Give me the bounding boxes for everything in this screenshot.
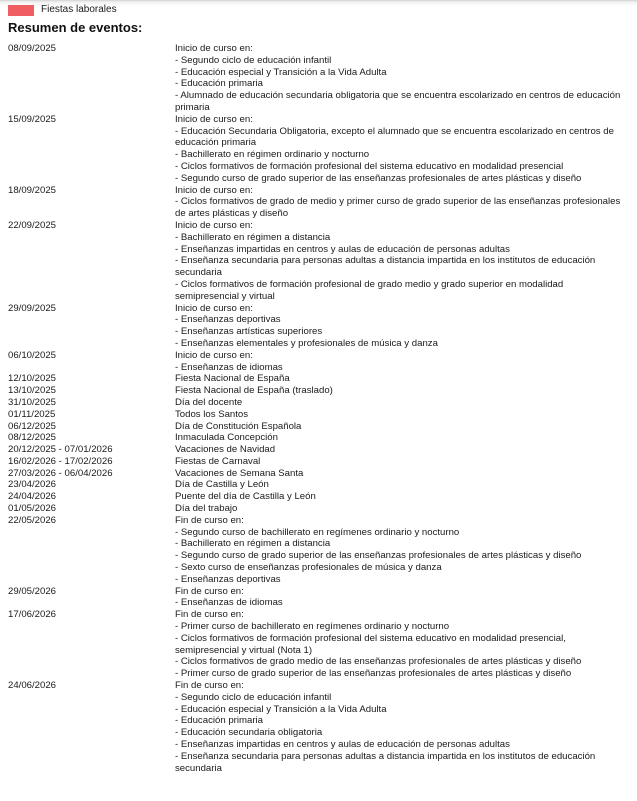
event-description: Inicio de curso en:- Segundo ciclo de ed… [175, 43, 622, 114]
event-heading: Todos los Santos [175, 409, 622, 421]
event-description: Todos los Santos [175, 409, 622, 421]
event-heading: Inicio de curso en: [175, 43, 622, 55]
event-heading: Día de Constitución Española [175, 421, 622, 433]
event-date: 20/12/2025 - 07/01/2026 [8, 444, 175, 456]
event-date: 01/11/2025 [8, 409, 175, 421]
event-heading: Fin de curso en: [175, 515, 622, 527]
event-description: Fiesta Nacional de España [175, 373, 622, 385]
event-row: 01/11/2025Todos los Santos [8, 409, 630, 421]
event-heading: Día del docente [175, 397, 622, 409]
event-description: Día del docente [175, 397, 622, 409]
event-date: 15/09/2025 [8, 114, 175, 185]
event-detail-line: - Segundo curso de bachillerato en regím… [175, 527, 622, 539]
event-detail-line: - Enseñanzas deportivas [175, 574, 622, 586]
event-detail-line: - Ciclos formativos de formación profesi… [175, 161, 622, 173]
event-date: 29/05/2026 [8, 586, 175, 610]
event-description: Fiesta Nacional de España (traslado) [175, 385, 622, 397]
event-date: 06/10/2025 [8, 350, 175, 374]
event-date: 31/10/2025 [8, 397, 175, 409]
event-detail-line: - Segundo curso de grado superior de las… [175, 173, 622, 185]
event-heading: Inicio de curso en: [175, 220, 622, 232]
event-detail-line: - Enseñanzas deportivas [175, 314, 622, 326]
event-description: Día de Constitución Española [175, 421, 622, 433]
event-row: 24/04/2026Puente del día de Castilla y L… [8, 491, 630, 503]
event-detail-line: - Enseñanzas impartidas en centros y aul… [175, 244, 622, 256]
event-description: Inicio de curso en:- Educación Secundari… [175, 114, 622, 185]
summary-title: Resumen de eventos: [8, 20, 142, 36]
event-detail-line: - Segundo ciclo de educación infantil [175, 692, 622, 704]
event-date: 29/09/2025 [8, 303, 175, 350]
event-row: 20/12/2025 - 07/01/2026Vacaciones de Nav… [8, 444, 630, 456]
event-heading: Fin de curso en: [175, 609, 622, 621]
event-detail-line: - Bachillerato en régimen ordinario y no… [175, 149, 622, 161]
event-row: 22/05/2026Fin de curso en:- Segundo curs… [8, 515, 630, 586]
event-date: 22/05/2026 [8, 515, 175, 586]
event-date: 17/06/2026 [8, 609, 175, 680]
event-heading: Día del trabajo [175, 503, 622, 515]
event-row: 06/10/2025Inicio de curso en:- Enseñanza… [8, 350, 630, 374]
event-detail-line: - Enseñanza secundaria para personas adu… [175, 255, 622, 279]
event-heading: Fiesta Nacional de España (traslado) [175, 385, 622, 397]
event-heading: Puente del día de Castilla y León [175, 491, 622, 503]
event-row: 13/10/2025Fiesta Nacional de España (tra… [8, 385, 630, 397]
event-date: 13/10/2025 [8, 385, 175, 397]
event-description: Vacaciones de Semana Santa [175, 468, 622, 480]
legend-fiestas-laborales: Fiestas laborales [8, 4, 117, 16]
event-row: 08/09/2025Inicio de curso en:- Segundo c… [8, 43, 630, 114]
event-heading: Inicio de curso en: [175, 185, 622, 197]
event-row: 12/10/2025Fiesta Nacional de España [8, 373, 630, 385]
event-date: 12/10/2025 [8, 373, 175, 385]
event-row: 06/12/2025Día de Constitución Española [8, 421, 630, 433]
event-heading: Inmaculada Concepción [175, 432, 622, 444]
event-detail-line: - Educación primaria [175, 715, 622, 727]
event-date: 16/02/2026 - 17/02/2026 [8, 456, 175, 468]
event-detail-line: - Primer curso de grado superior de las … [175, 668, 622, 680]
event-date: 18/09/2025 [8, 185, 175, 220]
event-description: Fin de curso en:- Segundo curso de bachi… [175, 515, 622, 586]
event-row: 01/05/2026Día del trabajo [8, 503, 630, 515]
event-detail-line: - Segundo curso de grado superior de las… [175, 550, 622, 562]
event-date: 08/09/2025 [8, 43, 175, 114]
event-row: 15/09/2025Inicio de curso en:- Educación… [8, 114, 630, 185]
event-date: 23/04/2026 [8, 479, 175, 491]
event-description: Fin de curso en:- Enseñanzas de idiomas [175, 586, 622, 610]
event-heading: Fiesta Nacional de España [175, 373, 622, 385]
event-description: Fiestas de Carnaval [175, 456, 622, 468]
event-detail-line: - Educación Secundaria Obligatoria, exce… [175, 126, 622, 150]
event-detail-line: - Primer curso de bachillerato en regíme… [175, 621, 622, 633]
event-description: Día de Castilla y León [175, 479, 622, 491]
event-description: Puente del día de Castilla y León [175, 491, 622, 503]
event-row: 22/09/2025Inicio de curso en:- Bachiller… [8, 220, 630, 303]
event-detail-line: - Enseñanzas de idiomas [175, 362, 622, 374]
legend-color-swatch [8, 5, 34, 16]
event-date: 27/03/2026 - 06/04/2026 [8, 468, 175, 480]
event-detail-line: - Bachillerato en régimen a distancia [175, 538, 622, 550]
event-detail-line: - Educación especial y Transición a la V… [175, 704, 622, 716]
event-description: Fin de curso en:- Segundo ciclo de educa… [175, 680, 622, 774]
events-list: 08/09/2025Inicio de curso en:- Segundo c… [8, 43, 630, 774]
event-detail-line: - Enseñanzas artísticas superiores [175, 326, 622, 338]
event-date: 01/05/2026 [8, 503, 175, 515]
event-description: Inicio de curso en:- Enseñanzas de idiom… [175, 350, 622, 374]
event-detail-line: - Ciclos formativos de grado medio de la… [175, 656, 622, 668]
event-detail-line: - Educación secundaria obligatoria [175, 727, 622, 739]
event-detail-line: - Alumnado de educación secundaria oblig… [175, 90, 622, 114]
event-date: 08/12/2025 [8, 432, 175, 444]
event-row: 08/12/2025Inmaculada Concepción [8, 432, 630, 444]
event-row: 27/03/2026 - 06/04/2026Vacaciones de Sem… [8, 468, 630, 480]
event-heading: Fiestas de Carnaval [175, 456, 622, 468]
event-description: Inicio de curso en:- Enseñanzas deportiv… [175, 303, 622, 350]
event-row: 17/06/2026Fin de curso en:- Primer curso… [8, 609, 630, 680]
event-detail-line: - Ciclos formativos de formación profesi… [175, 633, 622, 657]
event-description: Inicio de curso en:- Bachillerato en rég… [175, 220, 622, 303]
event-description: Inmaculada Concepción [175, 432, 622, 444]
event-detail-line: - Educación primaria [175, 78, 622, 90]
event-detail-line: - Ciclos formativos de formación profesi… [175, 279, 622, 303]
event-date: 24/04/2026 [8, 491, 175, 503]
event-heading: Día de Castilla y León [175, 479, 622, 491]
event-detail-line: - Enseñanza secundaria para personas adu… [175, 751, 622, 775]
event-date: 24/06/2026 [8, 680, 175, 774]
event-heading: Vacaciones de Semana Santa [175, 468, 622, 480]
event-detail-line: - Enseñanzas elementales y profesionales… [175, 338, 622, 350]
event-detail-line: - Educación especial y Transición a la V… [175, 67, 622, 79]
event-heading: Inicio de curso en: [175, 303, 622, 315]
event-heading: Fin de curso en: [175, 586, 622, 598]
event-date: 22/09/2025 [8, 220, 175, 303]
event-detail-line: - Enseñanzas impartidas en centros y aul… [175, 739, 622, 751]
event-description: Inicio de curso en:- Ciclos formativos d… [175, 185, 622, 220]
event-heading: Fin de curso en: [175, 680, 622, 692]
event-detail-line: - Bachillerato en régimen a distancia [175, 232, 622, 244]
event-date: 06/12/2025 [8, 421, 175, 433]
event-row: 23/04/2026Día de Castilla y León [8, 479, 630, 491]
event-row: 24/06/2026Fin de curso en:- Segundo cicl… [8, 680, 630, 774]
event-heading: Vacaciones de Navidad [175, 444, 622, 456]
event-detail-line: - Enseñanzas de idiomas [175, 597, 622, 609]
event-detail-line: - Segundo ciclo de educación infantil [175, 55, 622, 67]
event-row: 31/10/2025Día del docente [8, 397, 630, 409]
event-description: Fin de curso en:- Primer curso de bachil… [175, 609, 622, 680]
event-heading: Inicio de curso en: [175, 350, 622, 362]
event-description: Día del trabajo [175, 503, 622, 515]
event-detail-line: - Ciclos formativos de grado de medio y … [175, 196, 622, 220]
event-heading: Inicio de curso en: [175, 114, 622, 126]
legend-label: Fiestas laborales [41, 4, 117, 16]
event-row: 29/09/2025Inicio de curso en:- Enseñanza… [8, 303, 630, 350]
event-row: 29/05/2026Fin de curso en:- Enseñanzas d… [8, 586, 630, 610]
event-row: 18/09/2025Inicio de curso en:- Ciclos fo… [8, 185, 630, 220]
event-row: 16/02/2026 - 17/02/2026Fiestas de Carnav… [8, 456, 630, 468]
event-description: Vacaciones de Navidad [175, 444, 622, 456]
event-detail-line: - Sexto curso de enseñanzas profesionale… [175, 562, 622, 574]
